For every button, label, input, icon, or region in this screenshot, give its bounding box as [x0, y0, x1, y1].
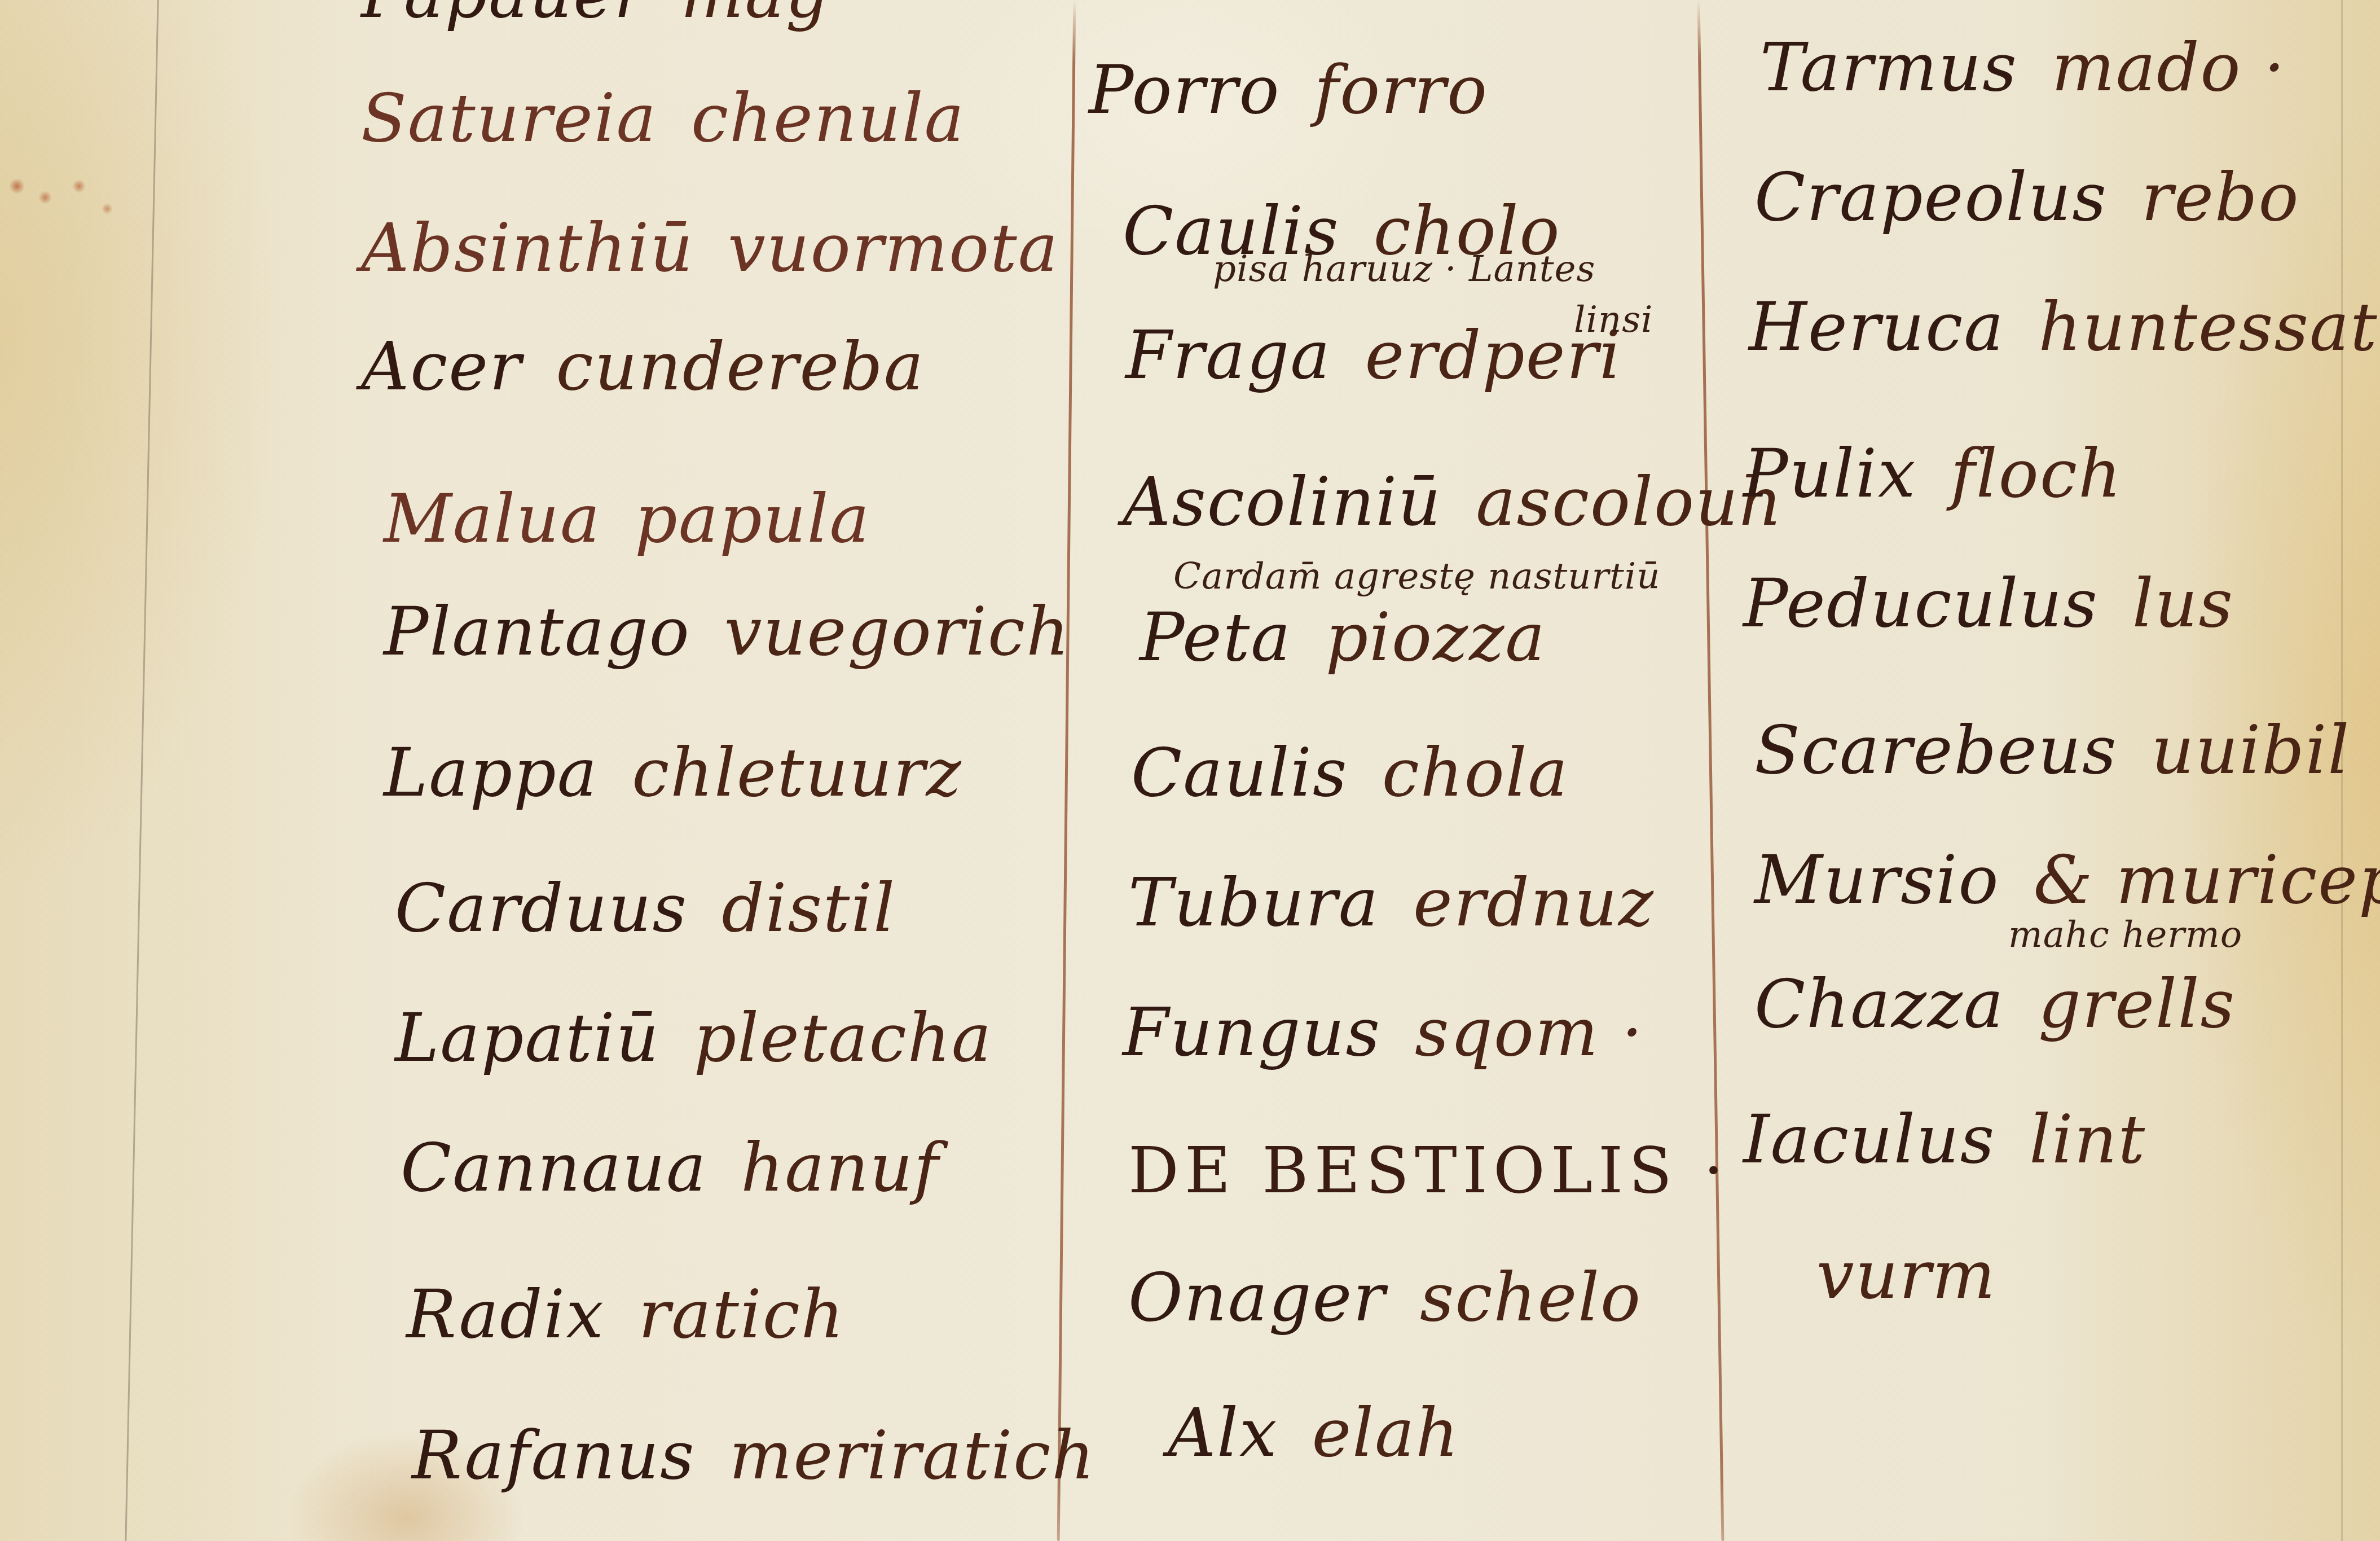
latin-lemma: Absinthiū	[361, 209, 694, 287]
latin-lemma: Alx	[1168, 1394, 1278, 1472]
glossary-entry: Fungussqom ·	[1123, 999, 1644, 1065]
latin-lemma: Rafanus	[412, 1416, 695, 1494]
manuscript-page: Papauermag Satureiachenula Absinthiūvuor…	[0, 0, 2380, 1541]
red-ink-stains	[0, 152, 135, 231]
glossary-entry: Fragaerdperi	[1125, 322, 1622, 388]
glossary-entry: Onagerschelo	[1128, 1264, 1642, 1331]
latin-lemma: Porro	[1089, 51, 1281, 129]
latin-lemma: Fraga	[1125, 316, 1331, 394]
latin-lemma: Radix	[406, 1275, 605, 1353]
glossary-entry: Peduculuslus	[1743, 570, 2234, 636]
german-gloss: distil	[722, 869, 896, 947]
latin-lemma: Malua	[384, 480, 601, 557]
interlinear-gloss: Cardam̄ agrestę nasturtiū	[1173, 556, 1660, 598]
latin-lemma: Peduculus	[1743, 564, 2099, 642]
german-gloss: rebo	[2141, 158, 2300, 236]
glossary-entry: vurm	[1783, 1241, 1996, 1308]
german-gloss: vuormota	[728, 209, 1059, 287]
latin-lemma: Caulis	[1131, 734, 1348, 811]
glossary-entry: Carduusdistil	[395, 875, 896, 941]
glossary-entry: Cannauahanuf	[401, 1134, 939, 1201]
german-gloss: mag	[681, 0, 830, 33]
latin-lemma: Plantago	[384, 592, 690, 670]
latin-lemma: Carduus	[395, 869, 688, 947]
glossary-entry: Satureiachenula	[361, 85, 965, 151]
german-gloss: huntessatol	[2039, 288, 2380, 366]
german-gloss: piozza	[1326, 598, 1546, 676]
glossary-entry: Mursio& muriceps	[1754, 846, 2380, 913]
german-gloss: chola	[1382, 734, 1569, 811]
german-gloss: lint	[2029, 1100, 2146, 1178]
glossary-entry: Rafanusmeriratich	[412, 1422, 1096, 1489]
glossary-entry: Maluapapula	[384, 485, 870, 552]
glossary-entry: Crapeolusrebo	[1754, 164, 2300, 230]
german-gloss: uuibil	[2151, 711, 2350, 789]
glossary-entry: Herucahuntessatol	[1749, 293, 2380, 360]
latin-lemma: Scarebeus	[1754, 711, 2117, 789]
german-gloss: chletuurz	[632, 734, 962, 811]
german-gloss: schelo	[1420, 1258, 1642, 1336]
german-gloss: meriratich	[729, 1416, 1096, 1494]
glossary-entry: Chazzagrells	[1754, 971, 2236, 1037]
latin-lemma: Lappa	[384, 734, 598, 811]
glossary-entry: Absinthiūvuormota	[361, 214, 1059, 281]
german-gloss: lus	[2132, 564, 2234, 642]
glossary-entry: Pulixfloch	[1743, 440, 2122, 507]
glossary-entry: Iaculuslint	[1743, 1106, 2146, 1173]
latin-lemma: Ascoliniū	[1123, 463, 1442, 541]
latin-lemma: Pulix	[1743, 434, 1916, 512]
latin-lemma: Crapeolus	[1754, 158, 2108, 236]
glossary-entry: Plantagovuegorich	[384, 598, 1070, 665]
german-gloss: floch	[1950, 434, 2122, 512]
latin-lemma: Iaculus	[1743, 1100, 1995, 1178]
column-rule-2	[1697, 0, 1724, 1541]
glossary-entry: Radixratich	[406, 1281, 845, 1347]
glossary-entry: Tarmusmado ·	[1760, 34, 2286, 100]
interlinear-gloss: pisa haruuz · Lantes	[1213, 248, 1595, 290]
latin-lemma: Satureia	[361, 79, 657, 157]
latin-lemma: Fungus	[1123, 993, 1381, 1071]
glossary-entry: Tuburaerdnuz	[1128, 869, 1655, 936]
glossary-entry: Lappachletuurz	[384, 739, 962, 806]
glossary-entry: Acercundereba	[361, 333, 925, 399]
latin-lemma: Chazza	[1754, 965, 2004, 1043]
latin-lemma: Acer	[361, 327, 522, 405]
german-gloss: forro	[1314, 51, 1489, 129]
interlinear-gloss: linsi	[1574, 299, 1653, 341]
german-gloss: sqom ·	[1415, 993, 1644, 1071]
glossary-entry: Lapatiūpletacha	[395, 1004, 992, 1071]
glossary-entry: Caulischola	[1131, 739, 1569, 806]
latin-lemma: Tarmus	[1760, 28, 2018, 106]
latin-lemma: Papauer	[361, 0, 647, 33]
glossary-entry: Ascoliniūascolouh	[1123, 468, 1783, 535]
latin-lemma: Lapatiū	[395, 999, 660, 1077]
latin-lemma: Cannaua	[401, 1129, 707, 1206]
latin-lemma: Heruca	[1749, 288, 2005, 366]
german-gloss: ratich	[639, 1275, 845, 1353]
interlinear-gloss: mahc hermo	[2008, 914, 2242, 956]
latin-lemma: Mursio	[1754, 841, 2000, 919]
german-gloss: ascolouh	[1476, 463, 1783, 541]
glossary-entry: Papauermag	[361, 0, 829, 27]
german-gloss: elah	[1312, 1394, 1460, 1472]
german-gloss: papula	[635, 480, 870, 557]
german-gloss: cundereba	[556, 327, 925, 405]
latin-lemma: Peta	[1140, 598, 1292, 676]
german-gloss: vurm	[1816, 1236, 1996, 1314]
glossary-entry: Porroforro	[1089, 56, 1488, 123]
german-gloss: hanuf	[741, 1129, 939, 1206]
german-gloss: & muriceps	[2034, 841, 2380, 919]
latin-lemma: Onager	[1128, 1258, 1386, 1336]
german-gloss: vuegorich	[724, 592, 1070, 670]
german-gloss: pletacha	[694, 999, 992, 1077]
glossary-entry: Scarebeusuuibil	[1754, 717, 2350, 783]
latin-lemma: Tubura	[1128, 863, 1379, 941]
german-gloss: erdnuz	[1413, 863, 1655, 941]
german-gloss: chenula	[691, 79, 965, 157]
glossary-entry: Petapiozza	[1140, 604, 1546, 670]
glossary-entry: Alxelah	[1168, 1399, 1459, 1466]
german-gloss: grells	[2038, 965, 2236, 1043]
section-heading: DE BESTIOLIS ·	[1128, 1134, 1729, 1208]
german-gloss: mado ·	[2052, 28, 2286, 106]
column-rule-1	[1057, 0, 1076, 1541]
